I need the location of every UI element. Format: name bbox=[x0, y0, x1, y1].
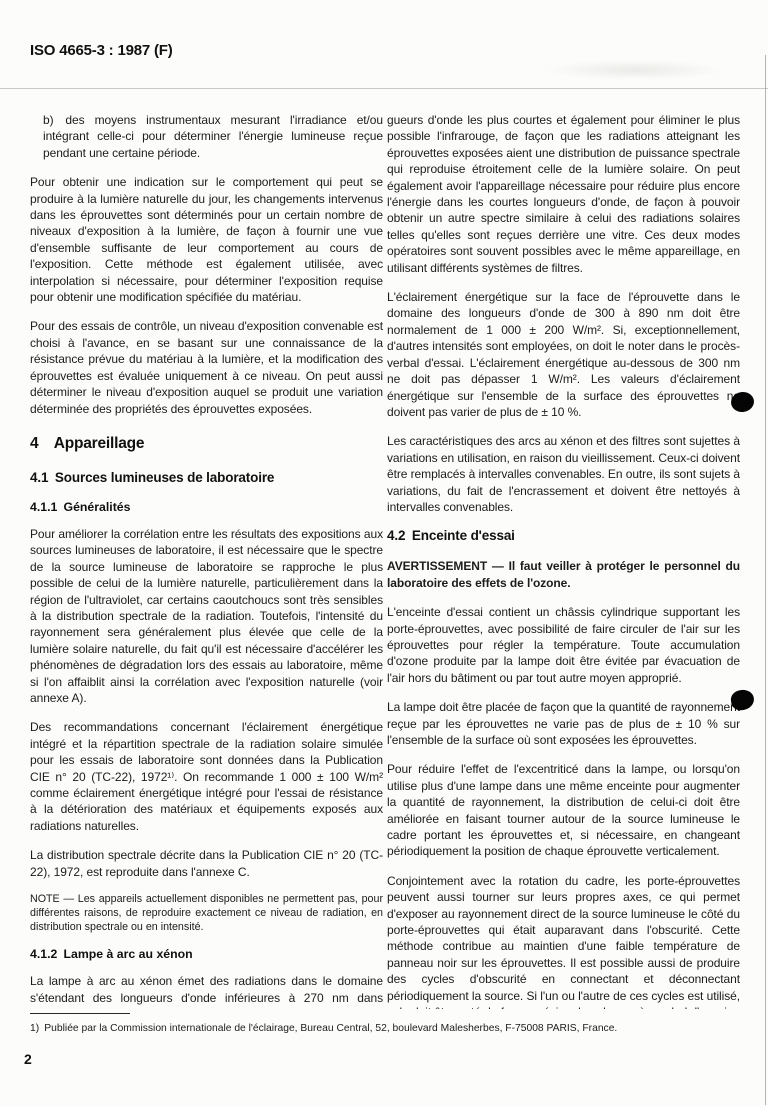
ozone-warning: AVERTISSEMENT — Il faut veiller à protég… bbox=[387, 558, 740, 591]
paragraph-control-tests: Pour des essais de contrôle, un niveau d… bbox=[30, 318, 383, 416]
paragraph-irradiance-levels: L'éclairement énergétique sur la face de… bbox=[387, 289, 740, 420]
paragraph-eccentricity: Pour réduire l'effet de l'excentriticé d… bbox=[387, 761, 740, 859]
section-4-heading: 4 Appareillage bbox=[30, 435, 383, 453]
page-number: 2 bbox=[24, 1051, 32, 1067]
section-4-1-2-heading: 4.1.2 Lampe à arc au xénon bbox=[30, 947, 383, 961]
footnote-divider bbox=[30, 1013, 130, 1014]
paragraph-lamp-placement: La lampe doit être placée de façon que l… bbox=[387, 699, 740, 748]
note-paragraph: NOTE — Les appareils actuellement dispon… bbox=[30, 893, 383, 934]
section-4-2-heading: 4.2 Enceinte d'essai bbox=[387, 528, 740, 543]
section-4-1-heading: 4.1 Sources lumineuses de laboratoire bbox=[30, 470, 383, 485]
right-column: gueurs d'onde les plus courtes et égalem… bbox=[387, 112, 740, 1009]
list-item-b: b) des moyens instrumentaux mesurant l'i… bbox=[30, 112, 383, 161]
section-4-1-1-heading: 4.1.1 Généralités bbox=[30, 500, 383, 514]
paragraph-test-chamber: L'enceinte d'essai contient un châssis c… bbox=[387, 604, 740, 686]
paragraph-natural-light-behaviour: Pour obtenir une indication sur le compo… bbox=[30, 174, 383, 305]
paragraph-frame-rotation: Conjointement avec la rotation du cadre,… bbox=[387, 873, 740, 1009]
paragraph-spectral-distribution: La distribution spectrale décrite dans l… bbox=[30, 847, 383, 880]
scan-artifact bbox=[545, 60, 725, 80]
paragraph-arc-filter-ageing: Les caractéristiques des arcs au xénon e… bbox=[387, 433, 740, 515]
paragraph-cie-recommendations: Des recommandations concernant l'éclaire… bbox=[30, 719, 383, 834]
header-divider bbox=[0, 88, 768, 89]
binding-mark-bottom bbox=[730, 688, 756, 711]
paragraph-xenon-lamp: La lampe à arc au xénon émet des radiati… bbox=[30, 973, 383, 1009]
paragraph-xenon-lamp-continued: gueurs d'onde les plus courtes et égalem… bbox=[387, 112, 740, 276]
document-reference: ISO 4665-3 : 1987 (F) bbox=[30, 42, 173, 59]
paragraph-correlation: Pour améliorer la corrélation entre les … bbox=[30, 526, 383, 706]
page-edge-shadow bbox=[765, 55, 766, 1105]
document-page: ISO 4665-3 : 1987 (F) b) des moyens inst… bbox=[0, 0, 768, 1107]
footnote: 1) Publiée par la Commission internation… bbox=[30, 1022, 740, 1035]
left-column: b) des moyens instrumentaux mesurant l'i… bbox=[30, 112, 383, 1009]
